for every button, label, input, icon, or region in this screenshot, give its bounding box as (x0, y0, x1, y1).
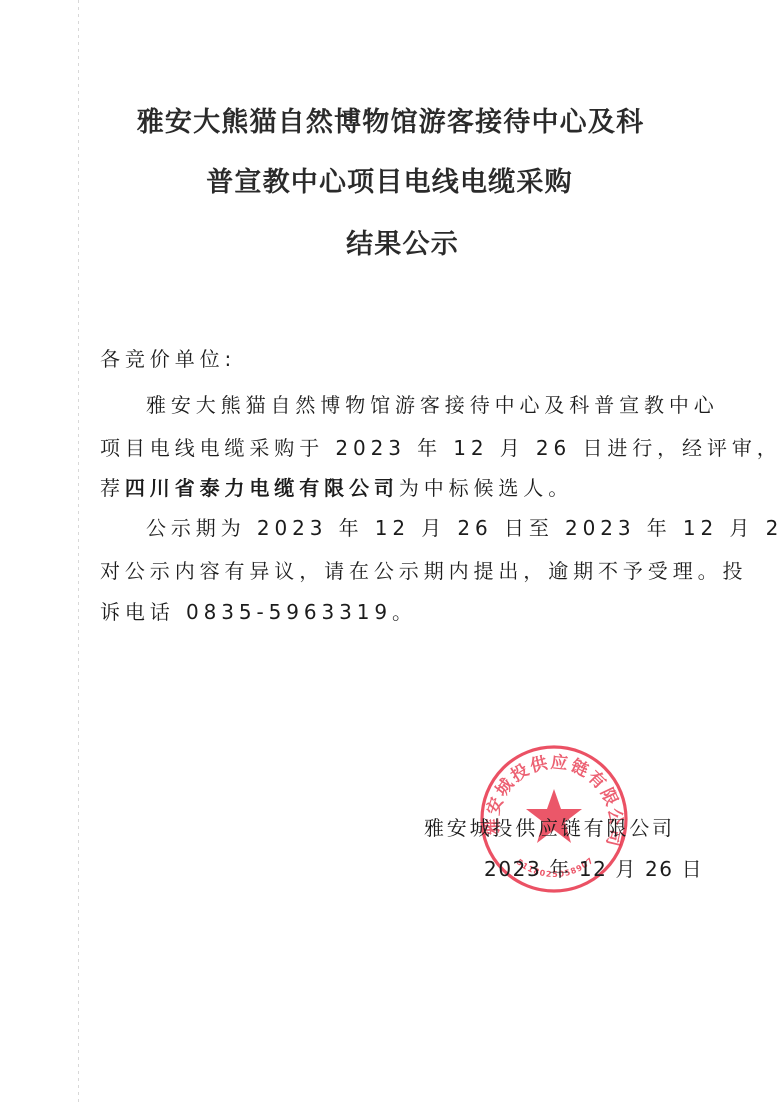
title-line-2: 普宣教中心项目电线电缆采购 (0, 160, 780, 199)
paragraph-1-line-3: 荐四川省泰力电缆有限公司为中标候选人。 (100, 472, 573, 501)
salutation: 各竞价单位: (100, 343, 236, 372)
winning-company: 四川省泰力电缆有限公司 (125, 476, 399, 500)
recommend-text: 荐 (100, 476, 125, 500)
candidate-text: 为中标候选人。 (399, 476, 573, 500)
paragraph-2-line-1: 公示期为 2023 年 12 月 26 日至 2023 年 12 月 28 日，… (146, 512, 781, 541)
paragraph-2-line-3: 诉电话 0835-5963319。 (100, 596, 417, 625)
paragraph-2-line-2: 对公示内容有异议，请在公示期内提出，逾期不予受理。投 (100, 555, 747, 584)
signature-organization: 雅安城投供应链有限公司 (424, 812, 675, 841)
title-line-3: 结果公示 (12, 222, 781, 261)
title-line-1: 雅安大熊猫自然博物馆游客接待中心及科 (0, 100, 781, 139)
paragraph-1-line-2: 项目电线电缆采购于 2023 年 12 月 26 日进行，经评审，推 (100, 432, 781, 461)
paragraph-1-line-1: 雅安大熊猫自然博物馆游客接待中心及科普宣教中心 (146, 389, 719, 418)
signature-date: 2023 年 12 月 26 日 (484, 853, 703, 882)
